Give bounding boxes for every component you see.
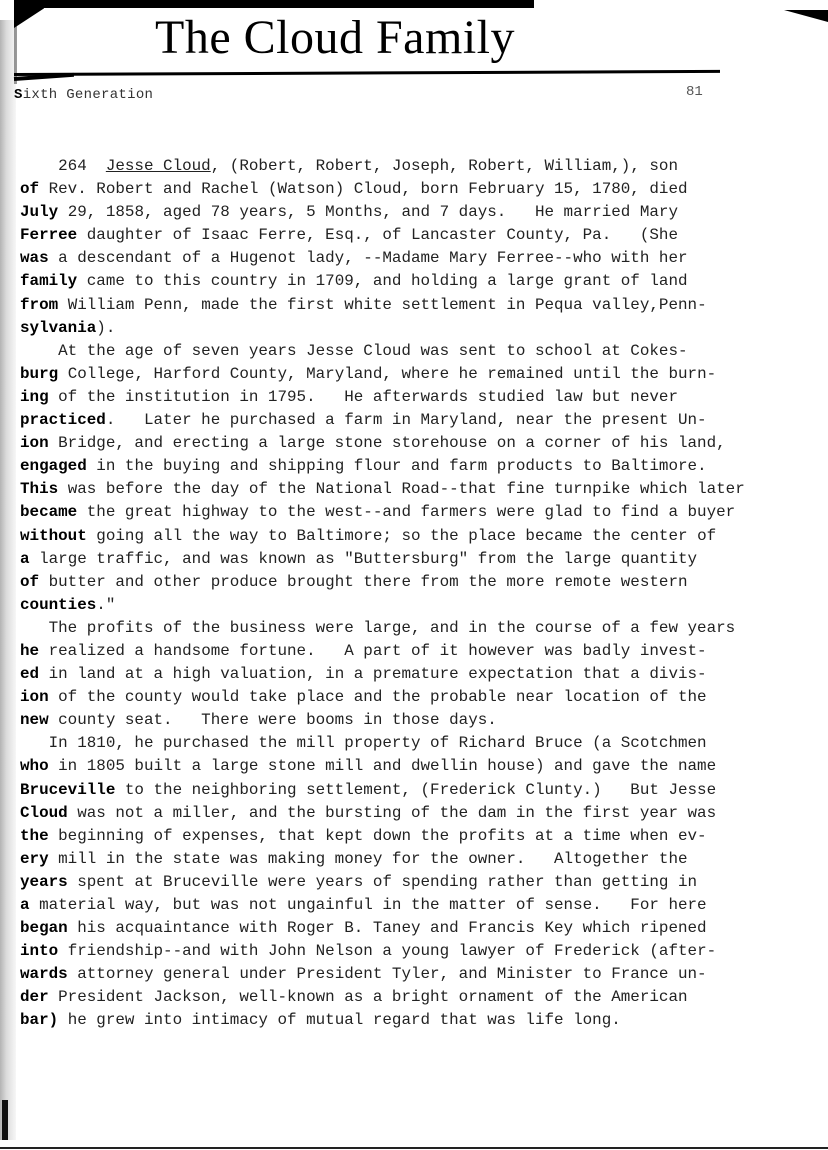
line-lead-word: counties xyxy=(20,596,96,614)
line-lead-word: of xyxy=(20,573,39,591)
text-line: der President Jackson, well-known as a b… xyxy=(20,986,800,1009)
text-line: ed in land at a high valuation, in a pre… xyxy=(20,663,800,686)
line-lead-word: from xyxy=(20,296,58,314)
text-line: engaged in the buying and shipping flour… xyxy=(20,455,800,478)
line-lead-word: bar) xyxy=(20,1011,58,1029)
line-lead-word: without xyxy=(20,527,87,545)
text-line: new county seat. There were booms in tho… xyxy=(20,709,800,732)
line-text: in 1805 built a large stone mill and dwe… xyxy=(49,757,717,775)
line-text: friendship--and with John Nelson a young… xyxy=(58,942,716,960)
line-lead-word: ery xyxy=(20,850,49,868)
line-lead-word: This xyxy=(20,480,58,498)
line-text: At the age of seven years Jesse Cloud wa… xyxy=(20,342,688,360)
line-text: William Penn, made the first white settl… xyxy=(58,296,706,314)
line-text: butter and other produce brought there f… xyxy=(39,573,687,591)
line-lead-word: became xyxy=(20,503,77,521)
text-line: burg College, Harford County, Maryland, … xyxy=(20,363,800,386)
text-line: At the age of seven years Jesse Cloud wa… xyxy=(20,340,800,363)
line-lead-word: of xyxy=(20,180,39,198)
line-lead-word: a xyxy=(20,896,30,914)
line-lead-word: Cloud xyxy=(20,804,68,822)
line-text: a descendant of a Hugenot lady, --Madame… xyxy=(49,249,688,267)
text-line: This was before the day of the National … xyxy=(20,478,800,501)
text-line: who in 1805 built a large stone mill and… xyxy=(20,755,800,778)
text-line: of butter and other produce brought ther… xyxy=(20,571,800,594)
line-text: ). xyxy=(96,319,115,337)
line-text: Rev. Robert and Rachel (Watson) Cloud, b… xyxy=(39,180,687,198)
text-line: practiced. Later he purchased a farm in … xyxy=(20,409,800,432)
text-line: The profits of the business were large, … xyxy=(20,617,800,640)
line-text: material way, but was not ungainful in t… xyxy=(30,896,707,914)
line-text: mill in the state was making money for t… xyxy=(49,850,688,868)
text-line: ion of the county would take place and t… xyxy=(20,686,800,709)
text-line: bar) he grew into intimacy of mutual reg… xyxy=(20,1009,800,1032)
line-text: attorney general under President Tyler, … xyxy=(68,965,707,983)
line-text: daughter of Isaac Ferre, Esq., of Lancas… xyxy=(77,226,678,244)
line-lead-word: Bruceville xyxy=(20,781,115,799)
line-lead-word: who xyxy=(20,757,49,775)
line-lead-word: a xyxy=(20,550,30,568)
line-lead-word: burg xyxy=(20,365,58,383)
line-text: of the institution in 1795. He afterward… xyxy=(49,388,678,406)
line-lead-word: ion xyxy=(20,688,49,706)
scan-left-edge xyxy=(0,20,16,1140)
line-text: 264 Jesse Cloud, (Robert, Robert, Joseph… xyxy=(20,157,678,175)
header-rule xyxy=(14,70,720,76)
text-line: the beginning of expenses, that kept dow… xyxy=(20,825,800,848)
text-line: counties." xyxy=(20,594,800,617)
line-text: realized a handsome fortune. A part of i… xyxy=(39,642,707,660)
line-lead-word: practiced xyxy=(20,411,106,429)
line-lead-word: engaged xyxy=(20,457,87,475)
line-text: going all the way to Baltimore; so the p… xyxy=(87,527,716,545)
text-line: ion Bridge, and erecting a large stone s… xyxy=(20,432,800,455)
text-line: a material way, but was not ungainful in… xyxy=(20,894,800,917)
line-text: of the county would take place and the p… xyxy=(49,688,707,706)
line-text: large traffic, and was known as "Butters… xyxy=(30,550,698,568)
line-lead-word: ed xyxy=(20,665,39,683)
text-line: of Rev. Robert and Rachel (Watson) Cloud… xyxy=(20,178,800,201)
text-line: was a descendant of a Hugenot lady, --Ma… xyxy=(20,247,800,270)
line-text: to the neighboring settlement, (Frederic… xyxy=(115,781,716,799)
line-lead-word: der xyxy=(20,988,49,1006)
line-text: . Later he purchased a farm in Maryland,… xyxy=(106,411,707,429)
line-text: county seat. There were booms in those d… xyxy=(49,711,497,729)
line-lead-word: into xyxy=(20,942,58,960)
line-lead-word: began xyxy=(20,919,68,937)
document-body: 264 Jesse Cloud, (Robert, Robert, Joseph… xyxy=(20,155,800,1033)
line-text: was not a miller, and the bursting of th… xyxy=(68,804,716,822)
scan-left-edge-bottom-mark xyxy=(2,1100,8,1140)
line-lead-word: new xyxy=(20,711,49,729)
text-line: sylvania). xyxy=(20,317,800,340)
line-lead-word: Ferree xyxy=(20,226,77,244)
line-text: spent at Bruceville were years of spendi… xyxy=(68,873,697,891)
line-text: College, Harford County, Maryland, where… xyxy=(58,365,716,383)
text-line: 264 Jesse Cloud, (Robert, Robert, Joseph… xyxy=(20,155,800,178)
text-line: he realized a handsome fortune. A part o… xyxy=(20,640,800,663)
line-text: In 1810, he purchased the mill property … xyxy=(20,734,707,752)
page-number: 81 xyxy=(686,84,703,100)
text-line: In 1810, he purchased the mill property … xyxy=(20,732,800,755)
line-lead-word: ing xyxy=(20,388,49,406)
line-text: in land at a high valuation, in a premat… xyxy=(39,665,707,683)
text-line: years spent at Bruceville were years of … xyxy=(20,871,800,894)
section-label-initial: S xyxy=(14,87,23,103)
entry-name: Jesse Cloud xyxy=(106,157,211,175)
line-text: The profits of the business were large, … xyxy=(20,619,735,637)
line-text: 29, 1858, aged 78 years, 5 Months, and 7… xyxy=(58,203,678,221)
section-label-text: ixth Generation xyxy=(23,87,154,103)
line-text: the great highway to the west--and farme… xyxy=(77,503,735,521)
section-label: Sixth Generation xyxy=(14,86,153,104)
line-text: came to this country in 1709, and holdin… xyxy=(77,272,687,290)
line-text: his acquaintance with Roger B. Taney and… xyxy=(68,919,707,937)
text-line: without going all the way to Baltimore; … xyxy=(20,525,800,548)
page-title: The Cloud Family xyxy=(0,10,670,66)
line-text: was before the day of the National Road-… xyxy=(58,480,745,498)
line-text: President Jackson, well-known as a brigh… xyxy=(49,988,688,1006)
line-text: ." xyxy=(96,596,115,614)
text-line: began his acquaintance with Roger B. Tan… xyxy=(20,917,800,940)
line-lead-word: years xyxy=(20,873,68,891)
line-lead-word: he xyxy=(20,642,39,660)
line-lead-word: family xyxy=(20,272,77,290)
text-line: July 29, 1858, aged 78 years, 5 Months, … xyxy=(20,201,800,224)
line-text: beginning of expenses, that kept down th… xyxy=(49,827,707,845)
line-lead-word: was xyxy=(20,249,49,267)
scan-bottom-rule xyxy=(0,1147,828,1149)
text-line: Cloud was not a miller, and the bursting… xyxy=(20,802,800,825)
scan-corner-wedge xyxy=(784,10,828,22)
text-line: a large traffic, and was known as "Butte… xyxy=(20,548,800,571)
line-lead-word: July xyxy=(20,203,58,221)
text-line: from William Penn, made the first white … xyxy=(20,294,800,317)
line-text: he grew into intimacy of mutual regard t… xyxy=(58,1011,621,1029)
text-line: became the great highway to the west--an… xyxy=(20,501,800,524)
line-text: in the buying and shipping flour and far… xyxy=(87,457,707,475)
line-text: Bridge, and erecting a large stone store… xyxy=(49,434,726,452)
text-line: into friendship--and with John Nelson a … xyxy=(20,940,800,963)
text-line: Bruceville to the neighboring settlement… xyxy=(20,779,800,802)
text-line: ery mill in the state was making money f… xyxy=(20,848,800,871)
text-line: family came to this country in 1709, and… xyxy=(20,270,800,293)
line-lead-word: ion xyxy=(20,434,49,452)
text-line: ing of the institution in 1795. He after… xyxy=(20,386,800,409)
text-line: wards attorney general under President T… xyxy=(20,963,800,986)
scan-top-bar xyxy=(14,0,534,8)
line-lead-word: wards xyxy=(20,965,68,983)
text-line: Ferree daughter of Isaac Ferre, Esq., of… xyxy=(20,224,800,247)
line-lead-word: sylvania xyxy=(20,319,96,337)
line-lead-word: the xyxy=(20,827,49,845)
